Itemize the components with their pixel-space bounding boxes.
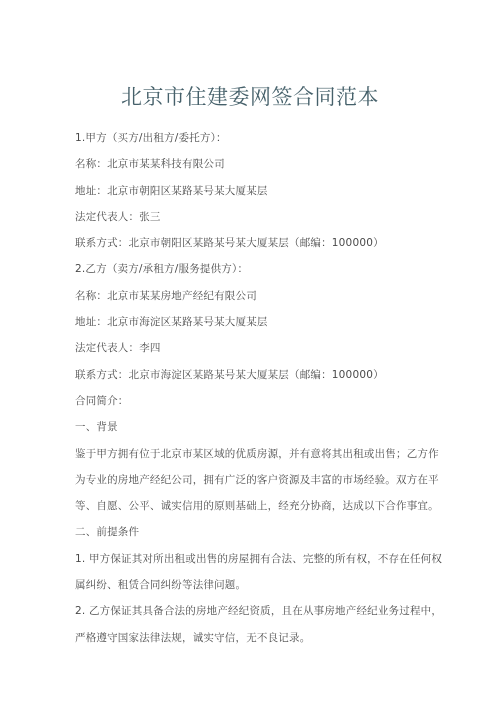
document-line: 二、前提条件 [75, 519, 435, 545]
document-line: 为专业的房地产经纪公司，拥有广泛的客户资源及丰富的市场经验。双方在平 [75, 467, 435, 493]
document-line: 法定代表人：张三 [75, 204, 435, 230]
document-line: 名称：北京市某某科技有限公司 [75, 151, 435, 177]
document-line: 联系方式：北京市海淀区某路某号某大厦某层（邮编：100000） [75, 362, 435, 388]
document-line: 地址：北京市朝阳区某路某号某大厦某层 [75, 178, 435, 204]
document-line: 1. 甲方保证其对所出租或出售的房屋拥有合法、完整的所有权，不存在任何权 [75, 546, 435, 572]
document-line: 地址：北京市海淀区某路某号某大厦某层 [75, 309, 435, 335]
document-line: 鉴于甲方拥有位于北京市某区域的优质房源，并有意将其出租或出售；乙方作 [75, 441, 435, 467]
document-line: 名称：北京市某某房地产经纪有限公司 [75, 283, 435, 309]
document-line: 1.甲方（买方/出租方/委托方）： [75, 125, 435, 151]
document-line: 法定代表人：李四 [75, 335, 435, 361]
document-line: 联系方式：北京市朝阳区某路某号某大厦某层（邮编：100000） [75, 230, 435, 256]
document-line: 等、自愿、公平、诚实信用的原则基础上，经充分协商，达成以下合作事宜。 [75, 493, 435, 519]
document-line: 属纠纷、租赁合同纠纷等法律问题。 [75, 572, 435, 598]
document-body: 1.甲方（买方/出租方/委托方）：名称：北京市某某科技有限公司地址：北京市朝阳区… [75, 125, 435, 651]
document-line: 一、背景 [75, 414, 435, 440]
document-line: 合同简介： [75, 388, 435, 414]
document-line: 2.乙方（卖方/承租方/服务提供方）： [75, 256, 435, 282]
document-line: 2. 乙方保证其具备合法的房地产经纪资质，且在从事房地产经纪业务过程中， [75, 598, 435, 624]
document-page: 北京市住建委网签合同范本 1.甲方（买方/出租方/委托方）：名称：北京市某某科技… [0, 0, 500, 707]
document-title: 北京市住建委网签合同范本 [0, 82, 500, 112]
document-line: 严格遵守国家法律法规，诚实守信，无不良记录。 [75, 625, 435, 651]
